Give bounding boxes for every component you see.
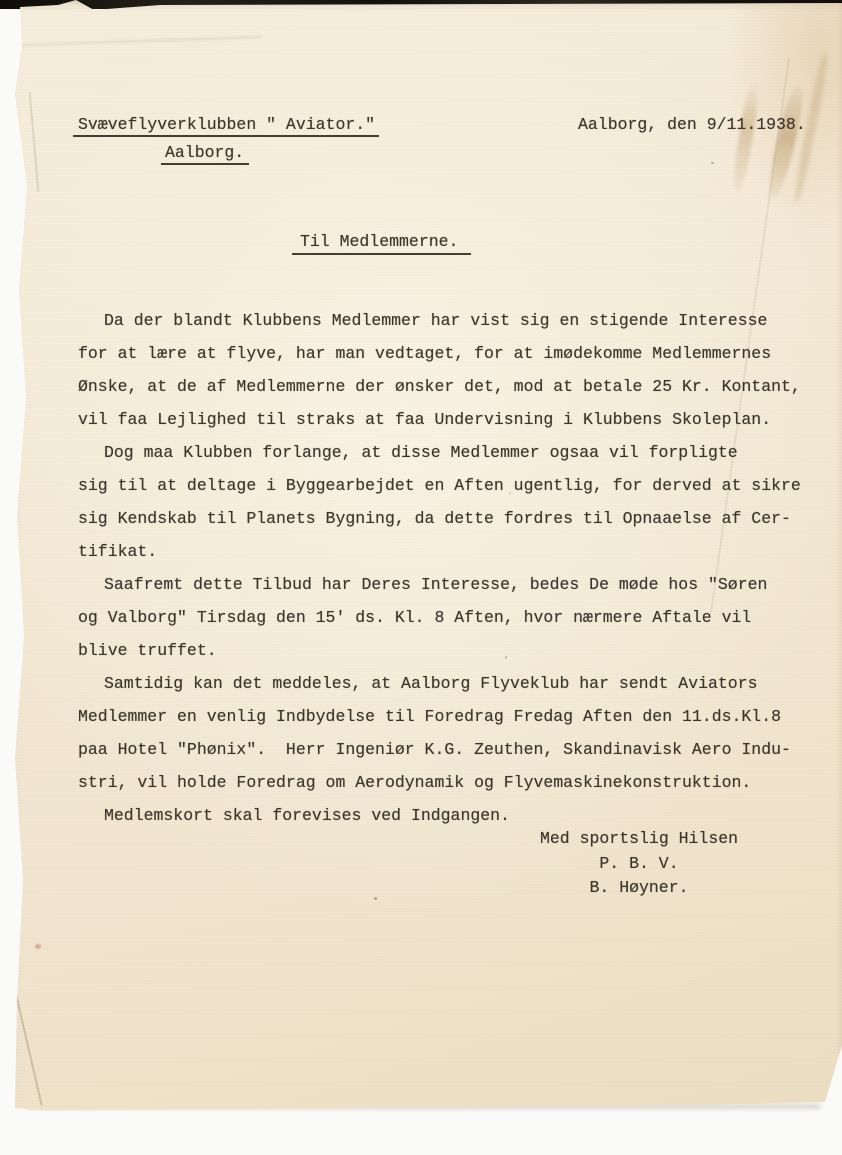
signature: B. Høyner. <box>540 876 738 901</box>
paragraph-line: tifikat. <box>78 535 818 568</box>
letter-title: Til Medlemmerne. <box>300 228 471 255</box>
stain-streak <box>764 83 807 199</box>
paragraph-line: Medlemmer en venlig Indbydelse til Fored… <box>78 700 818 733</box>
fold-crease <box>2 938 43 1106</box>
crease-line <box>29 92 40 192</box>
dateline: Aalborg, den 9/11.1938. <box>578 111 806 138</box>
paragraph-line: Ønske, at de af Medlemmerne der ønsker d… <box>78 370 818 403</box>
paragraph-line: blive truffet. <box>78 634 818 667</box>
paragraph-line: sig til at deltage i Byggearbejdet en Af… <box>78 469 818 502</box>
closing-pbv: P. B. V. <box>540 852 738 877</box>
closing-block: Med sportslig Hilsen P. B. V. B. Høyner. <box>540 827 738 901</box>
paragraph-line: Samtidig kan det meddeles, at Aalborg Fl… <box>78 667 818 700</box>
ink-blemish <box>35 944 41 949</box>
paper-speck <box>374 897 377 900</box>
sender-name: Svæveflyverklubben " Aviator." <box>78 111 379 138</box>
paragraph-line: stri, vil holde Foredrag om Aerodynamik … <box>78 766 818 799</box>
paragraph-line: Saafremt dette Tilbud har Deres Interess… <box>78 568 818 601</box>
paragraph-line: Da der blandt Klubbens Medlemmer har vis… <box>78 304 818 337</box>
paragraph-line: vil faa Lejlighed til straks at faa Unde… <box>78 403 818 436</box>
scanned-letter-page: Svæveflyverklubben " Aviator." Aalborg. … <box>0 0 842 1155</box>
crease-line <box>22 36 262 46</box>
paper-sheet: Svæveflyverklubben " Aviator." Aalborg. … <box>0 0 842 1155</box>
paragraph-line: og Valborg" Tirsdag den 15' ds. Kl. 8 Af… <box>78 601 818 634</box>
paragraph-line: for at lære at flyve, har man vedtaget, … <box>78 337 818 370</box>
paragraph-line: Dog maa Klubben forlange, at disse Medle… <box>78 436 818 469</box>
paragraph-line: sig Kendskab til Planets Bygning, da det… <box>78 502 818 535</box>
letter-body: Da der blandt Klubbens Medlemmer har vis… <box>78 304 818 832</box>
sender-city: Aalborg. <box>78 139 379 166</box>
paragraph-line: paa Hotel "Phønix". Herr Ingeniør K.G. Z… <box>78 733 818 766</box>
letterhead: Svæveflyverklubben " Aviator." Aalborg. <box>78 111 379 166</box>
paper-speck <box>711 162 714 164</box>
closing-salutation: Med sportslig Hilsen <box>540 827 738 852</box>
